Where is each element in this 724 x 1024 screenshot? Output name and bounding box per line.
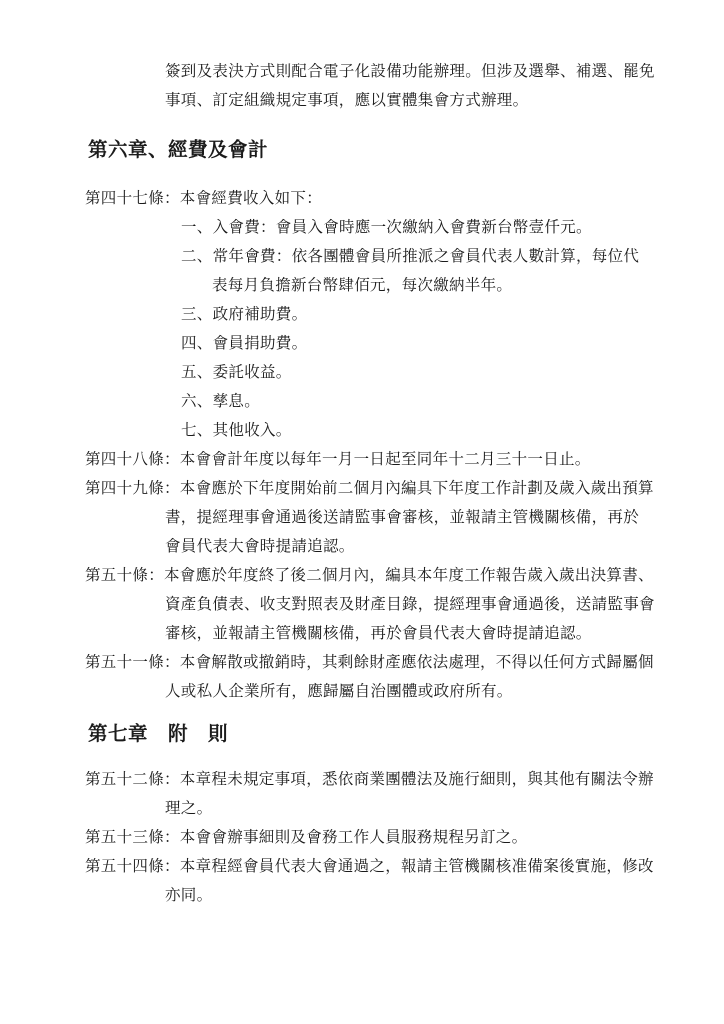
- article-49-line-1: 第四十九條：本會應於下年度開始前二個月內編具下年度工作計劃及歲入歲出預算: [0, 474, 724, 503]
- document-body: 簽到及表決方式則配合電子化設備功能辦理。但涉及選舉、補選、罷免 事項、訂定組織規…: [0, 0, 724, 910]
- article-52-line-1: 第五十二條：本章程未規定事項，悉依商業團體法及施行細則，與其他有關法令辦: [0, 765, 724, 794]
- article-50-line-2: 資產負債表、收支對照表及財產目錄，提經理事會通過後，送請監事會: [0, 590, 724, 619]
- article-47-item-3: 三、政府補助費。: [0, 300, 724, 329]
- article-51-line-1: 第五十一條：本會解散或撤銷時，其剩餘財產應依法處理，不得以任何方式歸屬個: [0, 648, 724, 677]
- article-49-line-2: 書，提經理事會通過後送請監事會審核，並報請主管機關核備，再於: [0, 503, 724, 532]
- article-47-item-6: 六、孳息。: [0, 387, 724, 416]
- article-48-line-1: 第四十八條：本會會計年度以每年一月一日起至同年十二月三十一日止。: [0, 445, 724, 474]
- article-51-line-2: 人或私人企業所有，應歸屬自治團體或政府所有。: [0, 677, 724, 706]
- chapter-7-heading: 第七章 附 則: [0, 720, 724, 749]
- article-47-item-2-line-1: 二、常年會費：依各團體會員所推派之會員代表人數計算，每位代: [0, 242, 724, 271]
- intro-continuation-line-1: 簽到及表決方式則配合電子化設備功能辦理。但涉及選舉、補選、罷免: [0, 57, 724, 86]
- article-47-item-1: 一、入會費：會員入會時應一次繳納入會費新台幣壹仟元。: [0, 213, 724, 242]
- article-53-line-1: 第五十三條：本會會辦事細則及會務工作人員服務規程另訂之。: [0, 823, 724, 852]
- chapter-6-heading: 第六章、經費及會計: [0, 136, 724, 165]
- document-page: 簽到及表決方式則配合電子化設備功能辦理。但涉及選舉、補選、罷免 事項、訂定組織規…: [0, 0, 724, 1024]
- article-49-line-3: 會員代表大會時提請追認。: [0, 532, 724, 561]
- article-52-line-2: 理之。: [0, 794, 724, 823]
- article-54-line-1: 第五十四條：本章程經會員代表大會通過之，報請主管機關核准備案後實施，修改: [0, 852, 724, 881]
- article-47-item-7: 七、其他收入。: [0, 416, 724, 445]
- intro-continuation-line-2: 事項、訂定組織規定事項，應以實體集會方式辦理。: [0, 86, 724, 115]
- article-54-line-2: 亦同。: [0, 881, 724, 910]
- article-47-item-4: 四、會員捐助費。: [0, 329, 724, 358]
- article-47-opening: 第四十七條：本會經費收入如下：: [0, 184, 724, 213]
- article-47-item-5: 五、委託收益。: [0, 358, 724, 387]
- article-47-item-2-line-2: 表每月負擔新台幣肆佰元，每次繳納半年。: [0, 271, 724, 300]
- article-50-line-3: 審核，並報請主管機關核備，再於會員代表大會時提請追認。: [0, 619, 724, 648]
- article-50-line-1: 第五十條：本會應於年度終了後二個月內，編具本年度工作報告歲入歲出決算書、: [0, 561, 724, 590]
